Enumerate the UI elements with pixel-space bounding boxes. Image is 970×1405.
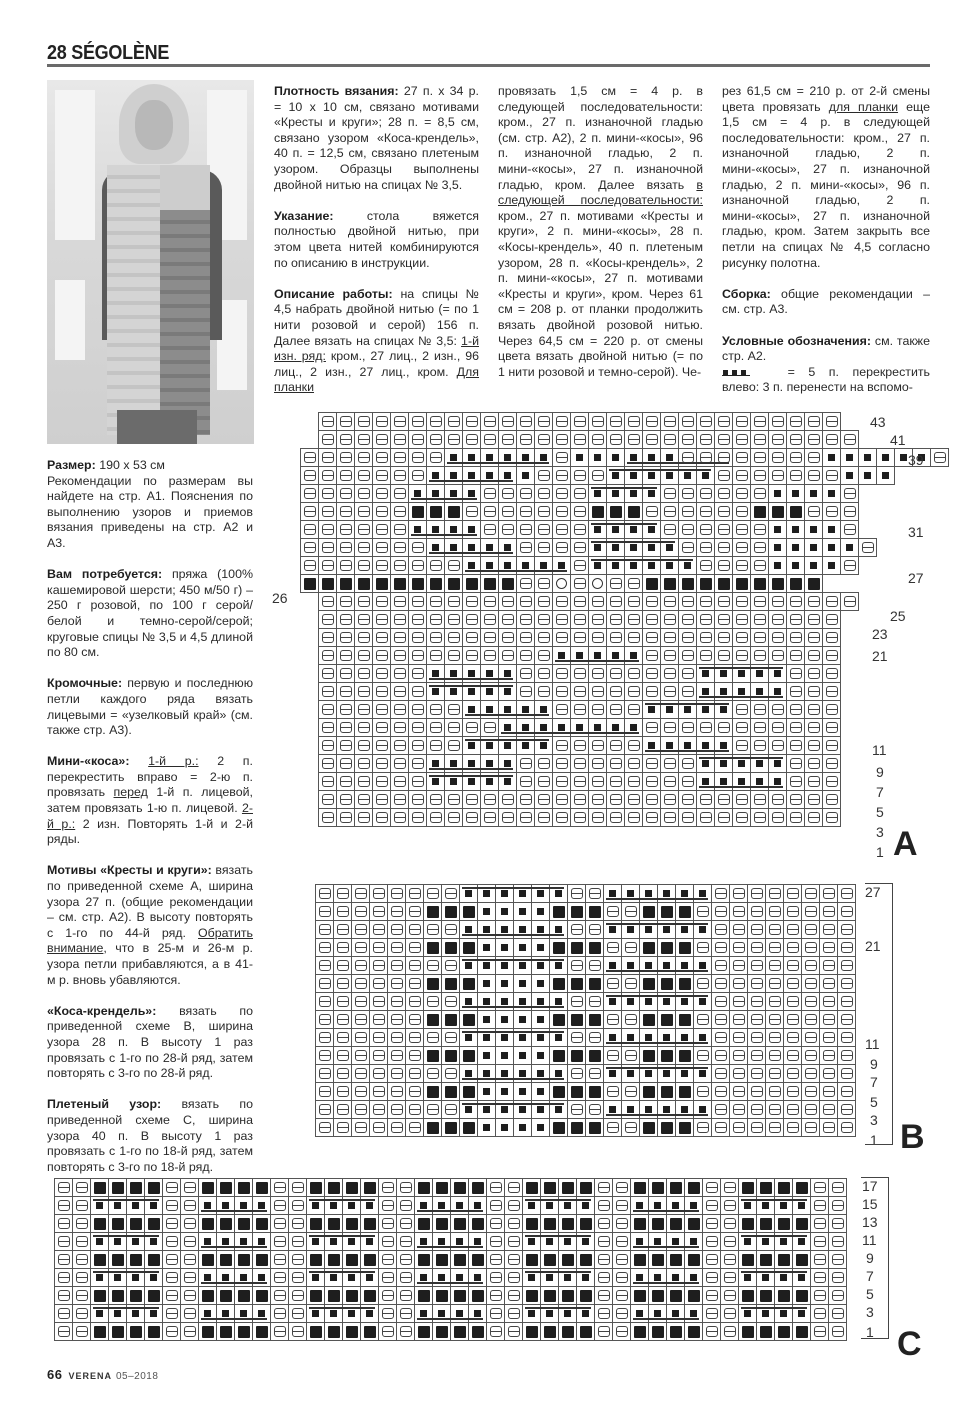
- chart-cell: [162, 1232, 181, 1251]
- chart-cell: [480, 484, 499, 503]
- chart-cell: [732, 718, 751, 737]
- chart-cell: [480, 664, 499, 683]
- chart-cell: [657, 1100, 676, 1119]
- chart-cell: [594, 1214, 613, 1233]
- chart-cell: [504, 1214, 523, 1233]
- chart-cell: [804, 502, 823, 521]
- chart-cell: [804, 736, 823, 755]
- chart-cell: [477, 1118, 496, 1137]
- chart-cell: [588, 718, 607, 737]
- chart-cell: [819, 974, 838, 993]
- chart-a-letter: A: [893, 825, 918, 864]
- chart-cell: [516, 520, 535, 539]
- chart-cell: [300, 448, 319, 467]
- chart-cell: [576, 1322, 595, 1341]
- chart-cell: [405, 1064, 424, 1083]
- chart-cell: [408, 466, 427, 485]
- row-number: 39: [908, 452, 924, 468]
- chart-cell: [624, 664, 643, 683]
- chart-cell: [351, 920, 370, 939]
- chart-cell: [162, 1286, 181, 1305]
- chart-cell: [840, 448, 859, 467]
- chart-cell: [234, 1304, 253, 1323]
- chart-cell: [369, 992, 388, 1011]
- chart-cell: [354, 502, 373, 521]
- chart-cell: [621, 1028, 640, 1047]
- chart-cell: [585, 1028, 604, 1047]
- chart-cell: [408, 682, 427, 701]
- chart-cell: [804, 592, 823, 611]
- chart-cell: [768, 502, 787, 521]
- chart-cell: [216, 1178, 235, 1197]
- chart-cell: [606, 700, 625, 719]
- chart-cell: [666, 1196, 685, 1215]
- chart-cell: [768, 700, 787, 719]
- chart-cell: [180, 1322, 199, 1341]
- chart-cell: [693, 1046, 712, 1065]
- chart-cell: [390, 808, 409, 827]
- chart-cell: [234, 1178, 253, 1197]
- chart-cell: [768, 772, 787, 791]
- chart-cell: [414, 1232, 433, 1251]
- chart-cell: [426, 466, 445, 485]
- chart-cell: [822, 682, 841, 701]
- chart-cell: [270, 1232, 289, 1251]
- chart-cell: [534, 592, 553, 611]
- chart-cell: [288, 1196, 307, 1215]
- chart-cell: [498, 610, 517, 629]
- chart-cell: [678, 718, 697, 737]
- chart-cell: [624, 430, 643, 449]
- chart-cell: [405, 938, 424, 957]
- chart-cell: [198, 1268, 217, 1287]
- chart-cell: [459, 1118, 478, 1137]
- chart-cell: [783, 884, 802, 903]
- chart-cell: [585, 920, 604, 939]
- chart-cell: [660, 448, 679, 467]
- chart-cell: [693, 1100, 712, 1119]
- chart-cell: [642, 502, 661, 521]
- chart-cell: [351, 1082, 370, 1101]
- chart-cell: [480, 538, 499, 557]
- chart-cell: [423, 938, 442, 957]
- chart-cell: [693, 1010, 712, 1029]
- chart-cell: [660, 682, 679, 701]
- chart-cell: [588, 610, 607, 629]
- chart-cell: [678, 592, 697, 611]
- chart-cell: [306, 1250, 325, 1269]
- chart-cell: [534, 448, 553, 467]
- chart-cell: [684, 1304, 703, 1323]
- chart-cell: [498, 502, 517, 521]
- chart-cell: [693, 884, 712, 903]
- chart-cell: [333, 902, 352, 921]
- chart-cell: [126, 1250, 145, 1269]
- materials-paragraph: Вам потребуется: пряжа (100% кашемировой…: [47, 567, 253, 661]
- chart-cell: [390, 772, 409, 791]
- chart-cell: [660, 610, 679, 629]
- chart-cell: [342, 1214, 361, 1233]
- chart-cell: [714, 538, 733, 557]
- chart-cell: [552, 592, 571, 611]
- chart-cell: [516, 466, 535, 485]
- chart-cell: [750, 736, 769, 755]
- chart-cell: [660, 430, 679, 449]
- cable-cross-left-symbol-icon: [722, 368, 774, 377]
- chart-cell: [756, 1286, 775, 1305]
- chart-cell: [318, 574, 337, 593]
- chart-cell: [837, 920, 856, 939]
- chart-cell: [372, 736, 391, 755]
- chart-cell: [270, 1304, 289, 1323]
- chart-cell: [750, 700, 769, 719]
- chart-cell: [498, 592, 517, 611]
- chart-cell: [315, 920, 334, 939]
- chart-cell: [594, 1178, 613, 1197]
- chart-cell: [576, 1286, 595, 1305]
- chart-cell: [462, 466, 481, 485]
- chart-cell: [786, 664, 805, 683]
- chart-cell: [498, 646, 517, 665]
- chart-cell: [369, 1010, 388, 1029]
- chart-cell: [486, 1214, 505, 1233]
- chart-cell: [372, 790, 391, 809]
- chart-cell: [549, 1082, 568, 1101]
- chart-cell: [822, 808, 841, 827]
- chart-cell: [750, 628, 769, 647]
- chart-cell: [621, 1046, 640, 1065]
- chart-cell: [408, 646, 427, 665]
- chart-cell: [750, 718, 769, 737]
- chart-cell: [768, 628, 787, 647]
- chart-cell: [126, 1286, 145, 1305]
- chart-cell: [819, 884, 838, 903]
- chart-cell: [534, 520, 553, 539]
- chart-cell: [372, 412, 391, 431]
- chart-cell: [72, 1178, 91, 1197]
- chart-cell: [720, 1304, 739, 1323]
- chart-cell: [606, 808, 625, 827]
- chart-cell: [531, 992, 550, 1011]
- chart-cell: [660, 754, 679, 773]
- chart-cell: [462, 628, 481, 647]
- chart-cell: [570, 682, 589, 701]
- chart-cell: [765, 938, 784, 957]
- chart-cell: [441, 902, 460, 921]
- chart-cell: [768, 592, 787, 611]
- chart-cell: [570, 628, 589, 647]
- chart-cell: [678, 520, 697, 539]
- chart-cell: [459, 1082, 478, 1101]
- chart-cell: [588, 412, 607, 431]
- chart-cell: [513, 992, 532, 1011]
- chart-cell: [252, 1232, 271, 1251]
- chart-cell: [462, 592, 481, 611]
- chart-cell: [642, 790, 661, 809]
- chart-cell: [354, 664, 373, 683]
- chart-cell: [678, 412, 697, 431]
- chart-cell: [477, 938, 496, 957]
- chart-cell: [603, 1046, 622, 1065]
- chart-cell: [54, 1232, 73, 1251]
- chart-cell: [594, 1250, 613, 1269]
- chart-cell: [678, 772, 697, 791]
- chart-cell: [786, 520, 805, 539]
- chart-cell: [594, 1286, 613, 1305]
- chart-cell: [369, 884, 388, 903]
- chart-cell: [336, 808, 355, 827]
- chart-cell: [288, 1286, 307, 1305]
- chart-cell: [498, 412, 517, 431]
- chart-cell: [552, 610, 571, 629]
- chart-cell: [783, 956, 802, 975]
- chart-cell: [684, 1196, 703, 1215]
- chart-cell: [768, 718, 787, 737]
- chart-cell: [828, 1268, 847, 1287]
- chart-cell: [714, 610, 733, 629]
- chart-cell: [570, 790, 589, 809]
- chart-cell: [750, 502, 769, 521]
- chart-cell: [624, 682, 643, 701]
- chart-cell: [144, 1322, 163, 1341]
- chart-cell: [837, 1100, 856, 1119]
- chart-cell: [480, 646, 499, 665]
- chart-cell: [696, 592, 715, 611]
- chart-cell: [714, 646, 733, 665]
- chart-cell: [639, 1118, 658, 1137]
- chart-cell: [567, 1028, 586, 1047]
- chart-cell: [720, 1322, 739, 1341]
- chart-cell: [801, 884, 820, 903]
- chart-cell: [747, 992, 766, 1011]
- chart-cell: [621, 938, 640, 957]
- chart-cell: [750, 448, 769, 467]
- chart-cell: [432, 1268, 451, 1287]
- chart-cell: [675, 1046, 694, 1065]
- chart-cell: [621, 902, 640, 921]
- chart-cell: [423, 920, 442, 939]
- chart-cell: [729, 1028, 748, 1047]
- chart-cell: [498, 808, 517, 827]
- chart-cell: [570, 754, 589, 773]
- chart-cell: [423, 1100, 442, 1119]
- chart-cell: [714, 412, 733, 431]
- chart-cell: [387, 1082, 406, 1101]
- chart-cell: [372, 628, 391, 647]
- chart-cell: [498, 538, 517, 557]
- chart-cell: [372, 466, 391, 485]
- chart-cell: [729, 884, 748, 903]
- chart-cell: [516, 808, 535, 827]
- chart-cell: [324, 1214, 343, 1233]
- chart-cell: [588, 754, 607, 773]
- chart-cell: [732, 556, 751, 575]
- chart-c-repeat-bracket: [861, 1177, 889, 1339]
- chart-cell: [657, 1010, 676, 1029]
- chart-cell: [414, 1250, 433, 1269]
- chart-cell: [387, 1010, 406, 1029]
- chart-cell: [459, 902, 478, 921]
- chart-cell: [534, 538, 553, 557]
- chart-cell: [786, 592, 805, 611]
- chart-cell: [408, 736, 427, 755]
- chart-cell: [426, 610, 445, 629]
- chart-cell: [534, 628, 553, 647]
- chart-cell: [732, 772, 751, 791]
- chart-cell: [603, 902, 622, 921]
- chart-cell: [318, 736, 337, 755]
- chart-cell: [696, 628, 715, 647]
- chart-cell: [786, 700, 805, 719]
- chart-cell: [840, 592, 859, 611]
- chart-cell: [588, 592, 607, 611]
- chart-cell: [606, 502, 625, 521]
- chart-cell: [354, 574, 373, 593]
- chart-cell: [288, 1232, 307, 1251]
- chart-cell: [462, 556, 481, 575]
- chart-cell: [441, 1046, 460, 1065]
- chart-cell: [477, 992, 496, 1011]
- chart-cell: [711, 938, 730, 957]
- chart-cell: [318, 646, 337, 665]
- chart-cell: [126, 1322, 145, 1341]
- chart-cell: [792, 1214, 811, 1233]
- chart-cell: [624, 448, 643, 467]
- chart-cell: [714, 466, 733, 485]
- chart-cell: [336, 718, 355, 737]
- chart-cell: [354, 736, 373, 755]
- chart-cell: [696, 538, 715, 557]
- chart-cell: [480, 610, 499, 629]
- chart-cell: [450, 1232, 469, 1251]
- chart-cell: [372, 502, 391, 521]
- chart-cell: [804, 772, 823, 791]
- chart-cell: [234, 1214, 253, 1233]
- chart-cell: [570, 808, 589, 827]
- chart-cell: [678, 484, 697, 503]
- chart-cell: [696, 430, 715, 449]
- chart-cell: [822, 466, 841, 485]
- chart-cell: [522, 1250, 541, 1269]
- chart-cell: [822, 412, 841, 431]
- chart-cell: [810, 1286, 829, 1305]
- chart-cell: [477, 1082, 496, 1101]
- chart-cell: [714, 592, 733, 611]
- chart-cell: [588, 664, 607, 683]
- chart-cell: [495, 1010, 514, 1029]
- chart-cell: [732, 610, 751, 629]
- chart-cell: [423, 884, 442, 903]
- chart-cell: [567, 884, 586, 903]
- chart-cell: [336, 790, 355, 809]
- chart-cell: [585, 884, 604, 903]
- chart-cell: [768, 520, 787, 539]
- chart-cell: [642, 664, 661, 683]
- chart-cell: [444, 664, 463, 683]
- chart-cell: [810, 1196, 829, 1215]
- chart-cell: [480, 556, 499, 575]
- chart-cell: [810, 1268, 829, 1287]
- chart-cell: [390, 736, 409, 755]
- chart-cell: [612, 1250, 631, 1269]
- chart-cell: [468, 1178, 487, 1197]
- chart-cell: [405, 1118, 424, 1137]
- chart-cell: [234, 1286, 253, 1305]
- chart-cell: [768, 574, 787, 593]
- chart-cell: [567, 902, 586, 921]
- chart-cell: [750, 520, 769, 539]
- chart-cell: [531, 902, 550, 921]
- chart-cell: [252, 1178, 271, 1197]
- chart-cell: [657, 956, 676, 975]
- chart-cell: [729, 1064, 748, 1083]
- chart-cell: [783, 974, 802, 993]
- chart-cell: [516, 574, 535, 593]
- chart-cell: [336, 574, 355, 593]
- chart-cell: [369, 1046, 388, 1065]
- chart-cell: [624, 628, 643, 647]
- chart-cell: [786, 502, 805, 521]
- chart-cell: [693, 902, 712, 921]
- chart-cell: [552, 538, 571, 557]
- chart-cell: [765, 920, 784, 939]
- chart-cell: [714, 448, 733, 467]
- chart-cell: [786, 574, 805, 593]
- chart-cell: [804, 646, 823, 665]
- chart-cell: [390, 628, 409, 647]
- chart-cell: [657, 884, 676, 903]
- chart-cell: [459, 938, 478, 957]
- chart-cell: [783, 1028, 802, 1047]
- chart-cell: [558, 1250, 577, 1269]
- chart-cell: [354, 808, 373, 827]
- chart-cell: [765, 1028, 784, 1047]
- chart-cell: [639, 956, 658, 975]
- chart-cell: [288, 1268, 307, 1287]
- chart-cell: [792, 1250, 811, 1269]
- chart-cell: [567, 1046, 586, 1065]
- chart-cell: [642, 718, 661, 737]
- chart-cell: [648, 1178, 667, 1197]
- chart-cell: [198, 1250, 217, 1269]
- chart-cell: [372, 646, 391, 665]
- chart-cell: [414, 1268, 433, 1287]
- chart-cell: [570, 718, 589, 737]
- chart-cell: [180, 1304, 199, 1323]
- chart-cell: [387, 1100, 406, 1119]
- chart-cell: [414, 1304, 433, 1323]
- chart-cell: [216, 1286, 235, 1305]
- chart-cell: [444, 430, 463, 449]
- chart-cell: [444, 646, 463, 665]
- chart-cell: [552, 718, 571, 737]
- chart-cell: [369, 1100, 388, 1119]
- chart-cell: [504, 1232, 523, 1251]
- chart-cell: [786, 628, 805, 647]
- chart-cell: [162, 1178, 181, 1197]
- chart-cell: [603, 974, 622, 993]
- chart-cell: [747, 1028, 766, 1047]
- chart-cell: [432, 1322, 451, 1341]
- chart-cell: [666, 1250, 685, 1269]
- chart-cell: [387, 992, 406, 1011]
- chart-cell: [354, 592, 373, 611]
- chart-cell: [378, 1304, 397, 1323]
- chart-cell: [516, 412, 535, 431]
- chart-cell: [732, 628, 751, 647]
- chart-cell: [354, 610, 373, 629]
- chart-cell: [513, 1118, 532, 1137]
